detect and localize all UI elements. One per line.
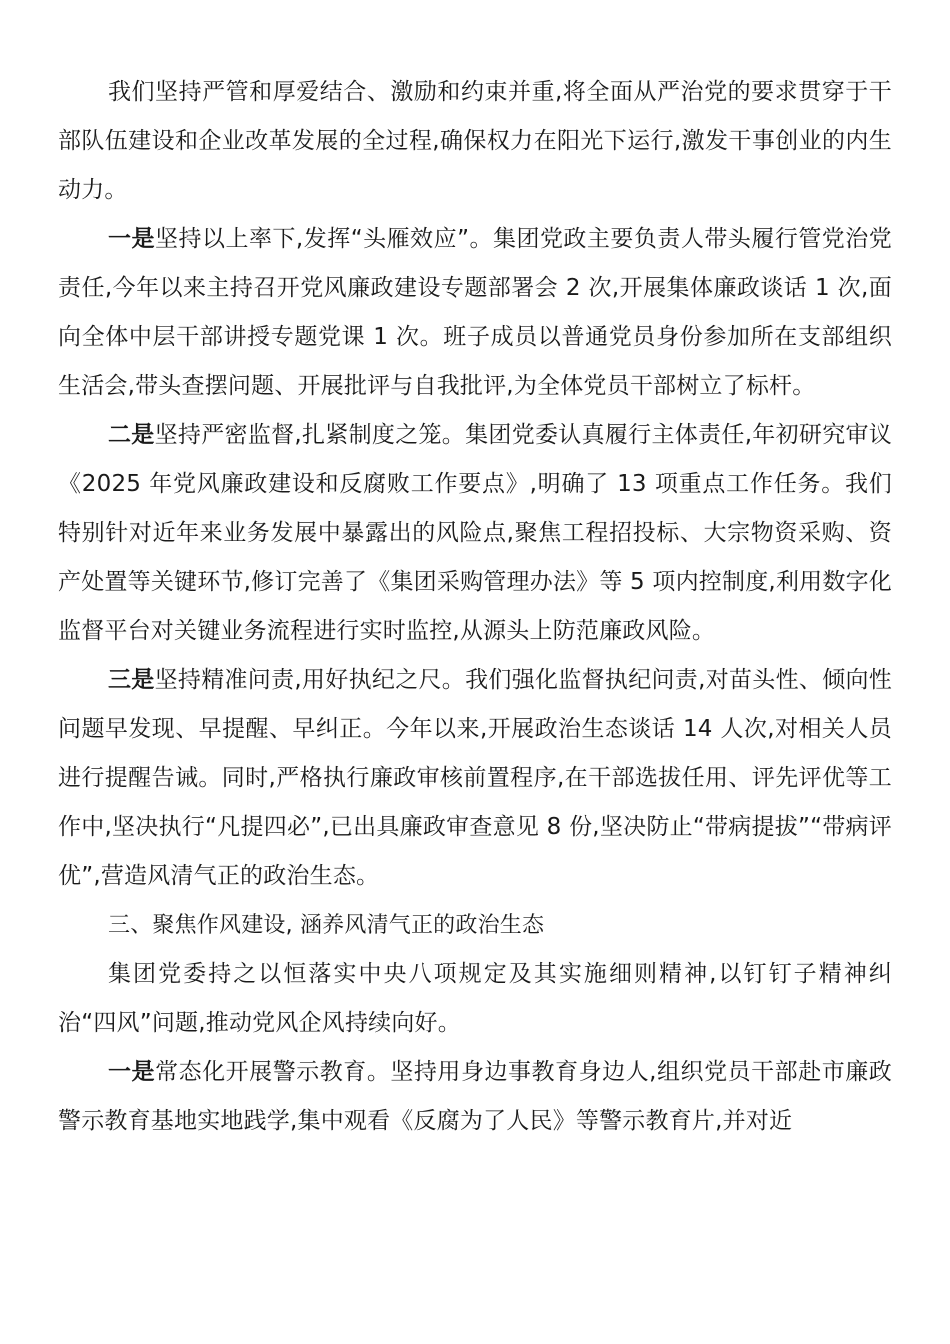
paragraph-lead: 一是 <box>108 226 155 252</box>
paragraph-text: 坚持精准问责,用好执纪之尺。我们强化监督执纪问责,对苗头性、倾向性问题早发现、早… <box>58 667 892 889</box>
section-point-one-paragraph: 一是常态化开展警示教育。坚持用身边事教育身边人,组织党员干部赴市廉政警示教育基地… <box>58 1048 892 1146</box>
paragraph-lead: 三是 <box>108 667 155 693</box>
point-one-paragraph: 一是坚持以上率下,发挥“头雁效应”。集团党政主要负责人带头履行管党治党责任,今年… <box>58 215 892 411</box>
paragraph-text: 坚持严密监督,扎紧制度之笼。集团党委认真履行主体责任,年初研究审议《2025 年… <box>58 422 892 644</box>
paragraph-text: 我们坚持严管和厚爱结合、激励和约束并重,将全面从严治党的要求贯穿于干部队伍建设和… <box>58 79 892 203</box>
document-page: 我们坚持严管和厚爱结合、激励和约束并重,将全面从严治党的要求贯穿于干部队伍建设和… <box>58 68 892 1146</box>
paragraph-text: 集团党委持之以恒落实中央八项规定及其实施细则精神,以钉钉子精神纠治“四风”问题,… <box>58 961 892 1036</box>
section-intro-paragraph: 集团党委持之以恒落实中央八项规定及其实施细则精神,以钉钉子精神纠治“四风”问题,… <box>58 950 892 1048</box>
intro-paragraph: 我们坚持严管和厚爱结合、激励和约束并重,将全面从严治党的要求贯穿于干部队伍建设和… <box>58 68 892 215</box>
paragraph-lead: 一是 <box>108 1059 155 1085</box>
paragraph-text: 坚持以上率下,发挥“头雁效应”。集团党政主要负责人带头履行管党治党责任,今年以来… <box>58 226 892 399</box>
paragraph-lead: 二是 <box>108 422 155 448</box>
section-heading: 三、聚焦作风建设, 涵养风清气正的政治生态 <box>58 901 892 950</box>
point-two-paragraph: 二是坚持严密监督,扎紧制度之笼。集团党委认真履行主体责任,年初研究审议《2025… <box>58 411 892 656</box>
paragraph-text: 常态化开展警示教育。坚持用身边事教育身边人,组织党员干部赴市廉政警示教育基地实地… <box>58 1059 892 1134</box>
heading-text: 三、聚焦作风建设, 涵养风清气正的政治生态 <box>108 913 544 938</box>
point-three-paragraph: 三是坚持精准问责,用好执纪之尺。我们强化监督执纪问责,对苗头性、倾向性问题早发现… <box>58 656 892 901</box>
